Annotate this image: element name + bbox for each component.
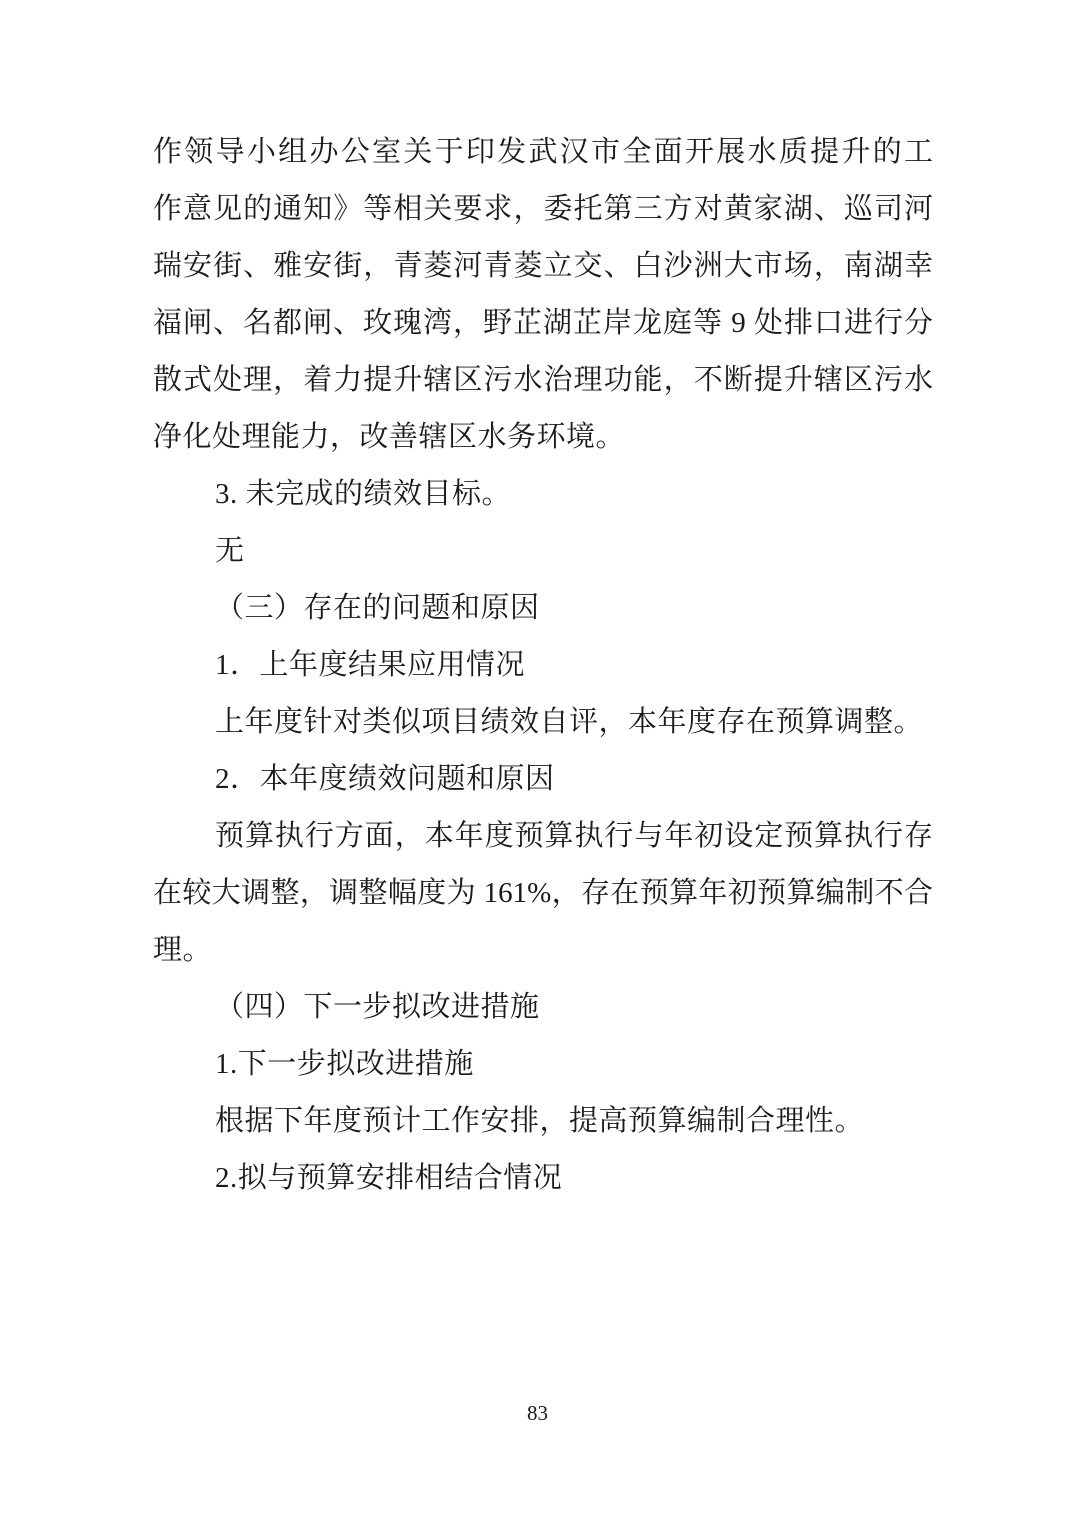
text-line: 理。 — [153, 922, 933, 979]
text-line: 预算执行方面，本年度预算执行与年初设定预算执行存 — [153, 808, 933, 865]
text-line: 净化处理能力，改善辖区水务环境。 — [153, 409, 933, 466]
text-line: 无 — [153, 523, 933, 580]
text-line: 2.拟与预算安排相结合情况 — [153, 1150, 933, 1207]
text-line: 作领导小组办公室关于印发武汉市全面开展水质提升的工 — [153, 124, 933, 181]
text-line: 根据下年度预计工作安排，提高预算编制合理性。 — [153, 1093, 933, 1150]
document-page: 作领导小组办公室关于印发武汉市全面开展水质提升的工作意见的通知》等相关要求，委托… — [0, 0, 1075, 1520]
text-line: 1.下一步拟改进措施 — [153, 1036, 933, 1093]
text-line: 散式处理，着力提升辖区污水治理功能，不断提升辖区污水 — [153, 352, 933, 409]
text-line: 2．本年度绩效问题和原因 — [153, 751, 933, 808]
text-line: 作意见的通知》等相关要求，委托第三方对黄家湖、巡司河 — [153, 181, 933, 238]
page-number: 83 — [0, 1396, 1075, 1430]
text-line: 上年度针对类似项目绩效自评，本年度存在预算调整。 — [153, 694, 933, 751]
text-line: 福闸、名都闸、玫瑰湾，野芷湖芷岸龙庭等 9 处排口进行分 — [153, 295, 933, 352]
text-line: 在较大调整，调整幅度为 161%，存在预算年初预算编制不合 — [153, 865, 933, 922]
text-line: （四）下一步拟改进措施 — [153, 979, 933, 1036]
text-line: 1．上年度结果应用情况 — [153, 637, 933, 694]
text-line: 瑞安街、雅安街，青菱河青菱立交、白沙洲大市场，南湖幸 — [153, 238, 933, 295]
text-line: 3. 未完成的绩效目标。 — [153, 466, 933, 523]
document-lines: 作领导小组办公室关于印发武汉市全面开展水质提升的工作意见的通知》等相关要求，委托… — [153, 124, 933, 1207]
text-line: （三）存在的问题和原因 — [153, 580, 933, 637]
